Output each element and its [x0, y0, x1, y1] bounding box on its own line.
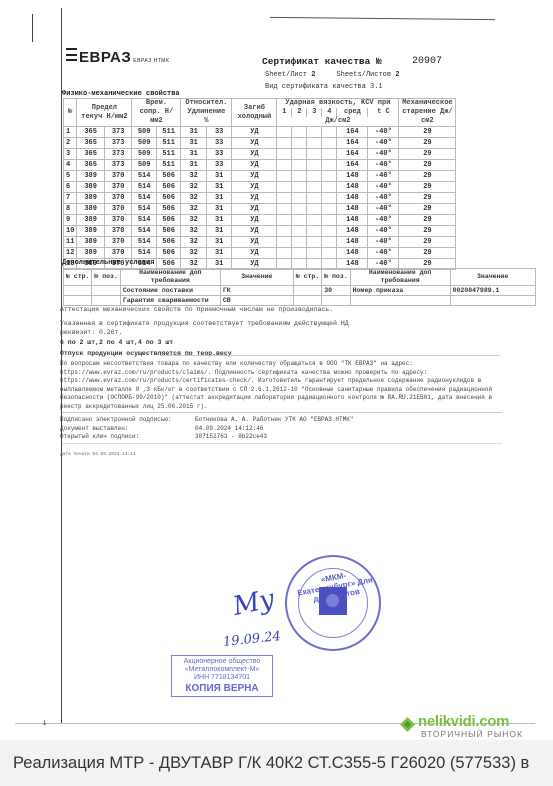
logo-bars-icon	[66, 48, 77, 61]
col-aging: Механическое старение Дж/см2	[399, 99, 456, 127]
cell-temp: -40°	[368, 149, 399, 160]
stamp-emblem-icon	[319, 587, 347, 615]
add-col-str-2: № стр.	[293, 269, 321, 286]
table-row: 53893705145063231УД148-40°29	[64, 171, 456, 182]
left-margin-line	[32, 14, 33, 42]
cell-3	[307, 248, 322, 259]
col-num: №	[64, 99, 77, 127]
cell-avg: 148	[337, 171, 368, 182]
signed-label: Подписано электронной подписью:	[60, 416, 195, 425]
cell-bend: УД	[232, 248, 277, 259]
cell-e2: 31	[206, 248, 232, 259]
cell-e2: 31	[206, 204, 232, 215]
cell-y1: 365	[77, 138, 105, 149]
cell-avg: 148	[337, 237, 368, 248]
cell-4	[322, 138, 337, 149]
cell-e2: 33	[206, 160, 232, 171]
cell-temp: -40°	[368, 237, 399, 248]
attestation-note: Аттестация механических свойств по прием…	[60, 306, 333, 313]
cell-2	[292, 171, 307, 182]
cell-3	[307, 193, 322, 204]
signed-value: Ботникова А. А. Работник УТК АО "ЕВРАЗ Н…	[195, 416, 353, 423]
cell-y2: 373	[104, 160, 132, 171]
impact-col: 2	[292, 108, 307, 117]
top-scan-line	[270, 17, 495, 20]
cell-e1: 31	[181, 149, 207, 160]
col-yield: Предел текуч Н/мм2	[77, 99, 132, 127]
cell-t2: 506	[156, 248, 181, 259]
cell-aging: 29	[399, 182, 456, 193]
logo-brand: ЕВРАЗ	[79, 49, 131, 66]
cell-y1: 389	[77, 226, 105, 237]
cell-temp: -40°	[368, 127, 399, 138]
cell-avg: 148	[337, 204, 368, 215]
cell-1	[277, 248, 292, 259]
cell-t1: 514	[132, 193, 157, 204]
cell-avg: 148	[337, 226, 368, 237]
cell-t2: 511	[156, 160, 181, 171]
cell-t1: 514	[132, 248, 157, 259]
cell-aging: 29	[399, 193, 456, 204]
cell-n: 7	[64, 193, 77, 204]
add-col-pos: № поз.	[92, 269, 120, 286]
divider	[62, 443, 502, 444]
cell-y2: 370	[104, 237, 132, 248]
add-col-pos-2: № поз.	[322, 269, 350, 286]
cell-name: Гарантия свариваемости	[120, 296, 220, 306]
cell-2	[292, 182, 307, 193]
additional-title: Дополнительные условия	[62, 259, 154, 267]
cell-pos2: 30	[322, 286, 350, 296]
cell-y1: 365	[77, 160, 105, 171]
cell-4	[322, 171, 337, 182]
cell-avg: 164	[337, 149, 368, 160]
cell-pos	[92, 296, 120, 306]
cell-aging: 29	[399, 226, 456, 237]
table-row: 43653735095113133УД164-40°29	[64, 160, 456, 171]
additional-table: № стр. № поз. Наименование доп требовани…	[63, 268, 536, 306]
add-col-str: № стр.	[64, 269, 92, 286]
cell-e2: 33	[206, 138, 232, 149]
cell-t1: 514	[132, 215, 157, 226]
cell-e2: 31	[206, 215, 232, 226]
cell-aging: 29	[399, 204, 456, 215]
key-value: 387152763 - 8b22ce43	[195, 433, 267, 440]
packing-note: 6 по 2 шт,2 по 4 шт,4 по 3 шт	[60, 339, 173, 346]
cell-e1: 31	[181, 160, 207, 171]
cell-y1: 365	[77, 149, 105, 160]
impact-col: 4	[322, 108, 337, 117]
table-row: 23653735095113133УД164-40°29	[64, 138, 456, 149]
cell-t2: 506	[156, 193, 181, 204]
cell-avg: 148	[337, 182, 368, 193]
cell-avg: 148	[337, 215, 368, 226]
cell-t1: 509	[132, 127, 157, 138]
cell-4	[322, 204, 337, 215]
cell-t2: 506	[156, 204, 181, 215]
cell-n: 2	[64, 138, 77, 149]
cell-str2	[293, 286, 321, 296]
cell-y1: 389	[77, 215, 105, 226]
cell-n: 11	[64, 237, 77, 248]
cell-y1: 389	[77, 237, 105, 248]
sheet-label: Sheet/Лист	[265, 71, 307, 79]
stamp-line-4: КОПИЯ ВЕРНА	[175, 683, 269, 694]
watermark-brand-name: nelikvidi	[418, 713, 475, 730]
cell-4	[322, 149, 337, 160]
cell-t1: 509	[132, 149, 157, 160]
table-row: 13653735095113133УД164-40°29	[64, 127, 456, 138]
cell-value2	[450, 296, 535, 306]
cell-y2: 373	[104, 127, 132, 138]
cell-y1: 389	[77, 193, 105, 204]
mechanical-title: Физико-механические свойства	[62, 90, 180, 98]
cell-2	[292, 226, 307, 237]
cell-bend: УД	[232, 237, 277, 248]
cell-e1: 32	[181, 204, 207, 215]
cell-value2: 0020847989.1	[450, 286, 535, 296]
logo-sub: ЕВРАЗ НТМК	[133, 58, 169, 64]
cell-2	[292, 204, 307, 215]
cell-pos	[92, 286, 120, 296]
cell-e1: 32	[181, 193, 207, 204]
impact-col: 3	[307, 108, 322, 117]
cell-name2: Номер приказа	[350, 286, 450, 296]
cell-y1: 389	[77, 182, 105, 193]
cell-bend: УД	[232, 138, 277, 149]
cell-3	[307, 149, 322, 160]
cell-bend: УД	[232, 204, 277, 215]
cell-e2: 33	[206, 127, 232, 138]
cell-y2: 370	[104, 226, 132, 237]
cell-3	[307, 215, 322, 226]
cell-y2: 373	[104, 149, 132, 160]
cell-e1: 32	[181, 215, 207, 226]
cell-avg: 164	[337, 138, 368, 149]
cell-2	[292, 215, 307, 226]
cell-4	[322, 127, 337, 138]
cell-y1: 389	[77, 248, 105, 259]
table-row: 73893705145063231УД148-40°29	[64, 193, 456, 204]
cell-avg: 148	[337, 248, 368, 259]
divider	[160, 355, 500, 356]
cell-aging: 29	[399, 149, 456, 160]
add-col-name: Наименование доп требования	[120, 269, 220, 286]
stamp-line-1: Акционерное общество	[175, 658, 269, 666]
stamp-line-2: «Металлокомплект-М»	[175, 666, 269, 674]
cell-temp: -40°	[368, 171, 399, 182]
impact-col: t С	[368, 108, 399, 117]
cell-t1: 514	[132, 171, 157, 182]
cell-name2	[350, 296, 450, 306]
cell-bend: УД	[232, 171, 277, 182]
table-row: 33653735095113133УД164-40°29	[64, 149, 456, 160]
cell-str	[64, 286, 92, 296]
info-paragraph: По вопросам несоответствия товара по кач…	[60, 360, 500, 411]
cell-temp: -40°	[368, 204, 399, 215]
cell-y2: 370	[104, 193, 132, 204]
cell-y2: 370	[104, 182, 132, 193]
table-row: Состояние поставкиГК30Номер приказа00208…	[64, 286, 536, 296]
cell-aging: 29	[399, 215, 456, 226]
cell-aging: 29	[399, 248, 456, 259]
cell-4	[322, 160, 337, 171]
cell-2	[292, 127, 307, 138]
impact-col: сред	[337, 108, 368, 117]
cell-e2: 31	[206, 171, 232, 182]
watermark-tld: com	[479, 713, 509, 730]
cell-y1: 389	[77, 204, 105, 215]
cell-temp: -40°	[368, 226, 399, 237]
handwritten-signature: Му	[230, 584, 277, 622]
cell-e2: 31	[206, 226, 232, 237]
cell-3	[307, 226, 322, 237]
mechanical-table: № Предел текуч Н/мм2 Врем. сопр. Н/мм2 О…	[63, 98, 456, 270]
cell-1	[277, 215, 292, 226]
cell-n: 5	[64, 171, 77, 182]
impact-unit: Дж/см2	[277, 117, 399, 127]
cell-t1: 509	[132, 160, 157, 171]
cell-t2: 506	[156, 182, 181, 193]
cell-t1: 514	[132, 237, 157, 248]
cell-bend: УД	[232, 149, 277, 160]
cell-y2: 370	[104, 171, 132, 182]
cell-e1: 32	[181, 171, 207, 182]
cell-e1: 32	[181, 182, 207, 193]
cell-2	[292, 149, 307, 160]
certificate-scan: ЕВРАЗЕВРАЗ НТМК Сертификат качества № 20…	[0, 0, 553, 740]
cell-4	[322, 248, 337, 259]
cell-bend: УД	[232, 193, 277, 204]
col-tensile: Врем. сопр. Н/мм2	[132, 99, 181, 127]
cell-4	[322, 182, 337, 193]
cell-2	[292, 237, 307, 248]
cell-pos2	[322, 296, 350, 306]
cell-t2: 506	[156, 226, 181, 237]
cell-bend: УД	[232, 215, 277, 226]
copy-certified-stamp: Акционерное общество «Металлокомплект-М»…	[171, 655, 273, 697]
conformity-note: Указанная в сертификате продукция соотве…	[60, 320, 349, 327]
cell-3	[307, 127, 322, 138]
cell-n: 9	[64, 215, 77, 226]
cell-e1: 31	[181, 138, 207, 149]
cell-e1: 32	[181, 226, 207, 237]
cell-avg: 148	[337, 193, 368, 204]
cell-e1: 32	[181, 237, 207, 248]
cell-value: СВ	[220, 296, 293, 306]
col-bend: Загиб холодный	[232, 99, 277, 127]
cell-t2: 506	[156, 171, 181, 182]
issued-value: 04.09.2024 14:12:46	[195, 425, 263, 432]
cell-n: 3	[64, 149, 77, 160]
cell-1	[277, 193, 292, 204]
cell-3	[307, 237, 322, 248]
signature-block: Подписано электронной подписью:Ботникова…	[60, 416, 353, 442]
add-col-name-2: Наименование доп требования	[350, 269, 450, 286]
table-row: 123893705145063231УД148-40°29	[64, 248, 456, 259]
cell-aging: 29	[399, 138, 456, 149]
cell-bend: УД	[232, 182, 277, 193]
cell-bend: УД	[232, 127, 277, 138]
cell-e2: 31	[206, 237, 232, 248]
key-label: Открытый ключ подписи:	[60, 433, 195, 442]
sheets-value: 2	[395, 71, 399, 79]
cell-avg: 164	[337, 160, 368, 171]
cell-4	[322, 215, 337, 226]
cell-n: 8	[64, 204, 77, 215]
evraz-logo: ЕВРАЗЕВРАЗ НТМК	[66, 48, 169, 66]
table-row: 93893705145063231УД148-40°29	[64, 215, 456, 226]
cell-1	[277, 127, 292, 138]
stamp-line-3: ИНН 7718134701	[175, 674, 269, 682]
sheets-label: Sheets/Листов	[336, 71, 391, 79]
print-date: Дата печати 04.09.2024 14:14	[60, 452, 136, 457]
issued-label: Документ выставлен:	[60, 425, 195, 434]
cell-str	[64, 296, 92, 306]
cell-t2: 511	[156, 138, 181, 149]
nelikvidi-logo-icon	[400, 717, 415, 732]
table-row: 83893705145063231УД148-40°29	[64, 204, 456, 215]
cell-t2: 511	[156, 149, 181, 160]
cell-y2: 370	[104, 248, 132, 259]
cell-temp: -40°	[368, 193, 399, 204]
certificate-number: 20907	[412, 56, 442, 67]
col-elongation: Относител. Удлинение %	[181, 99, 232, 127]
cell-y1: 365	[77, 127, 105, 138]
cell-temp: -40°	[368, 248, 399, 259]
cell-t2: 506	[156, 237, 181, 248]
cell-y1: 389	[77, 171, 105, 182]
cell-e1: 31	[181, 127, 207, 138]
cell-aging: 29	[399, 127, 456, 138]
table-row: 63893705145063231УД148-40°29	[64, 182, 456, 193]
add-col-value: Значение	[220, 269, 293, 286]
cell-2	[292, 193, 307, 204]
cell-aging: 29	[399, 160, 456, 171]
cell-2	[292, 248, 307, 259]
cell-3	[307, 204, 322, 215]
cell-value: ГК	[220, 286, 293, 296]
cell-temp: -40°	[368, 215, 399, 226]
cell-bend: УД	[232, 160, 277, 171]
cell-t1: 514	[132, 226, 157, 237]
cell-1	[277, 226, 292, 237]
cell-2	[292, 160, 307, 171]
cell-1	[277, 160, 292, 171]
cell-e2: 31	[206, 193, 232, 204]
col-impact: Ударная вязкость, KCV при	[277, 99, 399, 109]
cell-1	[277, 171, 292, 182]
cell-aging: 29	[399, 171, 456, 182]
cell-temp: -40°	[368, 182, 399, 193]
cell-t1: 514	[132, 204, 157, 215]
cell-1	[277, 138, 292, 149]
cell-y2: 373	[104, 138, 132, 149]
handwritten-date: 19.09.24	[222, 629, 281, 650]
cell-n: 12	[64, 248, 77, 259]
cell-1	[277, 182, 292, 193]
cell-n: 4	[64, 160, 77, 171]
cell-y2: 370	[104, 204, 132, 215]
cell-e2: 33	[206, 149, 232, 160]
add-col-value-2: Значение	[450, 269, 535, 286]
cell-t1: 514	[132, 182, 157, 193]
cell-4	[322, 237, 337, 248]
listing-footer: Реализация МТР - ДВУТАВР Г/К 40К2 СТ.С35…	[0, 740, 553, 786]
cell-2	[292, 138, 307, 149]
sheet-value: 2	[311, 71, 315, 79]
impact-col: 1	[277, 108, 292, 117]
cell-str2	[293, 296, 321, 306]
watermark-sub: ВТОРИЧНЫЙ РЫНОК	[421, 729, 523, 739]
cell-t2: 511	[156, 127, 181, 138]
cell-aging: 29	[399, 237, 456, 248]
cell-y2: 370	[104, 215, 132, 226]
cell-t1: 509	[132, 138, 157, 149]
cell-4	[322, 193, 337, 204]
cell-e1: 32	[181, 248, 207, 259]
cell-temp: -40°	[368, 138, 399, 149]
certificate-kind: Вид сертификата качества 3.1	[265, 83, 383, 91]
listing-title[interactable]: Реализация МТР - ДВУТАВР Г/К 40К2 СТ.С35…	[13, 754, 529, 773]
cell-4	[322, 226, 337, 237]
cell-3	[307, 182, 322, 193]
certificate-title: Сертификат качества №	[262, 56, 382, 67]
cell-3	[307, 171, 322, 182]
cell-bend: УД	[232, 226, 277, 237]
nelikvidi-watermark: nelikvidi.com ВТОРИЧНЫЙ РЫНОК	[400, 713, 523, 739]
cell-name: Состояние поставки	[120, 286, 220, 296]
table-row: Гарантия свариваемостиСВ	[64, 296, 536, 306]
cell-1	[277, 204, 292, 215]
cell-t2: 506	[156, 215, 181, 226]
cell-n: 1	[64, 127, 77, 138]
divider	[62, 412, 502, 413]
table-row: 113893705145063231УД148-40°29	[64, 237, 456, 248]
sheet-info: Sheet/Лист 2 Sheets/Листов 2	[265, 71, 399, 79]
cell-temp: -40°	[368, 160, 399, 171]
page-number: 1	[43, 721, 46, 727]
cell-avg: 164	[337, 127, 368, 138]
cell-1	[277, 149, 292, 160]
cell-n: 6	[64, 182, 77, 193]
round-stamp: «МКМ-Екатеринбург» Для документов	[285, 555, 381, 651]
cell-1	[277, 237, 292, 248]
cell-3	[307, 138, 322, 149]
props-note: реквизит: 0.26т.	[60, 329, 122, 336]
cell-3	[307, 160, 322, 171]
cell-n: 10	[64, 226, 77, 237]
table-row: 103893705145063231УД148-40°29	[64, 226, 456, 237]
cell-e2: 31	[206, 182, 232, 193]
